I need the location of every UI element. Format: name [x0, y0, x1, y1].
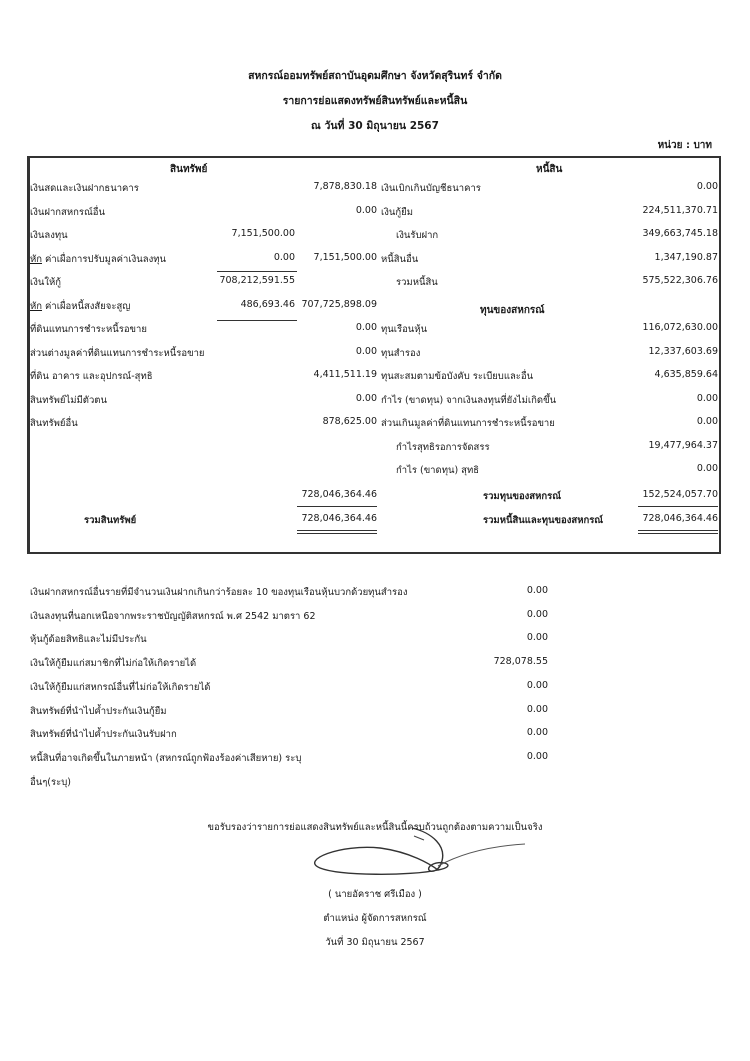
- equity-row-value: 0.00: [600, 393, 718, 404]
- asset-value: 0.00: [270, 346, 377, 357]
- asset-row-label: สินทรัพย์อื่น: [30, 416, 78, 431]
- note-value: 0.00: [440, 609, 548, 620]
- note-label: เงินฝากสหกรณ์อื่นรายที่มีจำนวนเงินฝากเกิ…: [30, 585, 408, 600]
- asset-row-label: เงินฝากสหกรณ์อื่น: [30, 205, 105, 220]
- asset-sub-value: 7,151,500.00: [190, 228, 295, 239]
- note-label: สินทรัพย์ที่นำไปค้ำประกันเงินกู้ยืม: [30, 704, 167, 719]
- liabilities-row-label: เงินกู้ยืม: [381, 205, 413, 220]
- equity-row-value: 12,337,603.69: [600, 346, 718, 357]
- liabilities-row-value: 0.00: [600, 181, 718, 192]
- note-value: 0.00: [440, 585, 548, 596]
- asset-row-label: หัก ค่าเผื่อหนี้สงสัยจะสูญ: [30, 299, 130, 314]
- asset-row-label: สินทรัพย์ไม่มีตัวตน: [30, 393, 107, 408]
- liabilities-row-label: หนี้สินอื่น: [381, 252, 418, 267]
- asset-value: 7,151,500.00: [270, 252, 377, 263]
- assets-subtotal: 728,046,364.46: [270, 489, 377, 500]
- liabilities-row-value: 575,522,306.76: [600, 275, 718, 286]
- equity-row-value: 0.00: [600, 416, 718, 427]
- asset-label-text: ค่าเผื่อหนี้สงสัยจะสูญ: [42, 301, 130, 312]
- assets-heading: สินทรัพย์: [170, 162, 207, 177]
- subtotal-rule: [217, 320, 297, 321]
- equity-row-value: 4,635,859.64: [600, 369, 718, 380]
- equity-row-label: ทุนสะสมตามข้อบังคับ ระเบียบและอื่น: [381, 369, 533, 384]
- signer-position: ตำแหน่ง ผู้จัดการสหกรณ์: [0, 911, 750, 926]
- asset-label-text: เงินฝากสหกรณ์อื่น: [30, 207, 105, 218]
- note-label: เงินให้กู้ยืมแก่สหกรณ์อื่นที่ไม่ก่อให้เก…: [30, 680, 210, 695]
- note-value: 0.00: [440, 727, 548, 738]
- org-name: สหกรณ์ออมทรัพย์สถาบันอุดมศึกษา จังหวัดสุ…: [0, 67, 750, 84]
- asset-label-text: สินทรัพย์อื่น: [30, 418, 78, 429]
- total-assets-value: 728,046,364.46: [270, 513, 377, 524]
- note-value: 728,078.55: [440, 656, 548, 667]
- note-label: หุ้นกู้ด้อยสิทธิและไม่มีประกัน: [30, 632, 147, 647]
- equity-row-value: 0.00: [600, 463, 718, 474]
- liabilities-row-value: 224,511,370.71: [600, 205, 718, 216]
- note-label: สินทรัพย์ที่นำไปค้ำประกันเงินรับฝาก: [30, 727, 177, 742]
- note-value: 0.00: [440, 632, 548, 643]
- asset-value: 0.00: [270, 393, 377, 404]
- total-equity-value: 152,524,057.70: [600, 489, 718, 500]
- asset-row-label: หัก ค่าเผื่อการปรับมูลค่าเงินลงทุน: [30, 252, 166, 267]
- note-label: เงินให้กู้ยืมแก่สมาชิกที่ไม่ก่อให้เกิดรา…: [30, 656, 196, 671]
- liabilities-row-label: เงินเบิกเกินบัญชีธนาคาร: [381, 181, 481, 196]
- equity-row-value: 116,072,630.00: [600, 322, 718, 333]
- asset-label-text: เงินสดและเงินฝากธนาคาร: [30, 183, 139, 194]
- liabilities-row-value: 349,663,745.18: [600, 228, 718, 239]
- note-label: เงินลงทุนที่นอกเหนือจากพระราชบัญญัติสหกร…: [30, 609, 316, 624]
- report-date: ณ วันที่ 30 มิถุนายน 2567: [0, 117, 750, 134]
- note-label: หนี้สินที่อาจเกิดขึ้นในภายหน้า (สหกรณ์ถู…: [30, 751, 301, 766]
- asset-value: 4,411,511.19: [270, 369, 377, 380]
- total-rule: [638, 506, 718, 507]
- asset-label-text: ที่ดิน อาคาร และอุปกรณ์-สุทธิ: [30, 371, 153, 382]
- deduct-prefix: หัก: [30, 254, 42, 265]
- equity-heading: ทุนของสหกรณ์: [480, 303, 545, 318]
- asset-value: 0.00: [270, 322, 377, 333]
- double-rule: [297, 530, 377, 534]
- deduct-prefix: หัก: [30, 301, 42, 312]
- double-rule: [638, 530, 718, 534]
- signature: [300, 826, 540, 886]
- report-title: รายการย่อแสดงทรัพย์สินทรัพย์และหนี้สิน: [0, 92, 750, 109]
- asset-label-text: ที่ดินแทนการชำระหนี้รอขาย: [30, 324, 147, 335]
- liabilities-row-value: 1,347,190.87: [600, 252, 718, 263]
- note-value: 0.00: [440, 680, 548, 691]
- equity-row-label: กำไรสุทธิรอการจัดสรร: [396, 440, 490, 455]
- liabilities-heading: หนี้สิน: [536, 162, 562, 177]
- liabilities-row-label: รวมหนี้สิน: [396, 275, 438, 290]
- equity-row-label: ส่วนเกินมูลค่าที่ดินแทนการชำระหนี้รอขาย: [381, 416, 555, 431]
- grand-total-label: รวมหนี้สินและทุนของสหกรณ์: [483, 513, 603, 528]
- note-label: อื่นๆ(ระบุ): [30, 775, 71, 790]
- signer-name: ( นายอัคราช ศรีเมือง ): [0, 887, 750, 902]
- asset-value: 7,878,830.18: [270, 181, 377, 192]
- asset-row-label: ที่ดินแทนการชำระหนี้รอขาย: [30, 322, 147, 337]
- signature-date: วันที่ 30 มิถุนายน 2567: [0, 935, 750, 950]
- asset-row-label: เงินสดและเงินฝากธนาคาร: [30, 181, 139, 196]
- asset-value: 0.00: [270, 205, 377, 216]
- asset-label-text: ส่วนต่างมูลค่าที่ดินแทนการชำระหนี้รอขาย: [30, 348, 204, 359]
- note-value: 0.00: [440, 751, 548, 762]
- total-equity-label: รวมทุนของสหกรณ์: [483, 489, 561, 504]
- asset-row-label: ที่ดิน อาคาร และอุปกรณ์-สุทธิ: [30, 369, 153, 384]
- equity-row-label: กำไร (ขาดทุน) จากเงินลงทุนที่ยังไม่เกิดข…: [381, 393, 556, 408]
- equity-row-value: 19,477,964.37: [600, 440, 718, 451]
- asset-row-label: เงินให้กู้: [30, 275, 61, 290]
- asset-row-label: ส่วนต่างมูลค่าที่ดินแทนการชำระหนี้รอขาย: [30, 346, 204, 361]
- equity-row-label: กำไร (ขาดทุน) สุทธิ: [396, 463, 479, 478]
- asset-value: 707,725,898.09: [270, 299, 377, 310]
- asset-label-text: เงินลงทุน: [30, 230, 68, 241]
- asset-value: 878,625.00: [270, 416, 377, 427]
- liabilities-row-label: เงินรับฝาก: [396, 228, 438, 243]
- total-rule: [297, 506, 377, 507]
- currency-unit: หน่วย : บาท: [658, 138, 712, 153]
- total-assets-label: รวมสินทรัพย์: [84, 513, 136, 528]
- note-value: 0.00: [440, 704, 548, 715]
- asset-sub-value: 708,212,591.55: [190, 275, 295, 286]
- asset-label-text: ค่าเผื่อการปรับมูลค่าเงินลงทุน: [42, 254, 166, 265]
- equity-row-label: ทุนเรือนหุ้น: [381, 322, 427, 337]
- equity-row-label: ทุนสำรอง: [381, 346, 420, 361]
- asset-label-text: สินทรัพย์ไม่มีตัวตน: [30, 395, 107, 406]
- asset-label-text: เงินให้กู้: [30, 277, 61, 288]
- subtotal-rule: [217, 271, 297, 272]
- grand-total-value: 728,046,364.46: [600, 513, 718, 524]
- asset-row-label: เงินลงทุน: [30, 228, 68, 243]
